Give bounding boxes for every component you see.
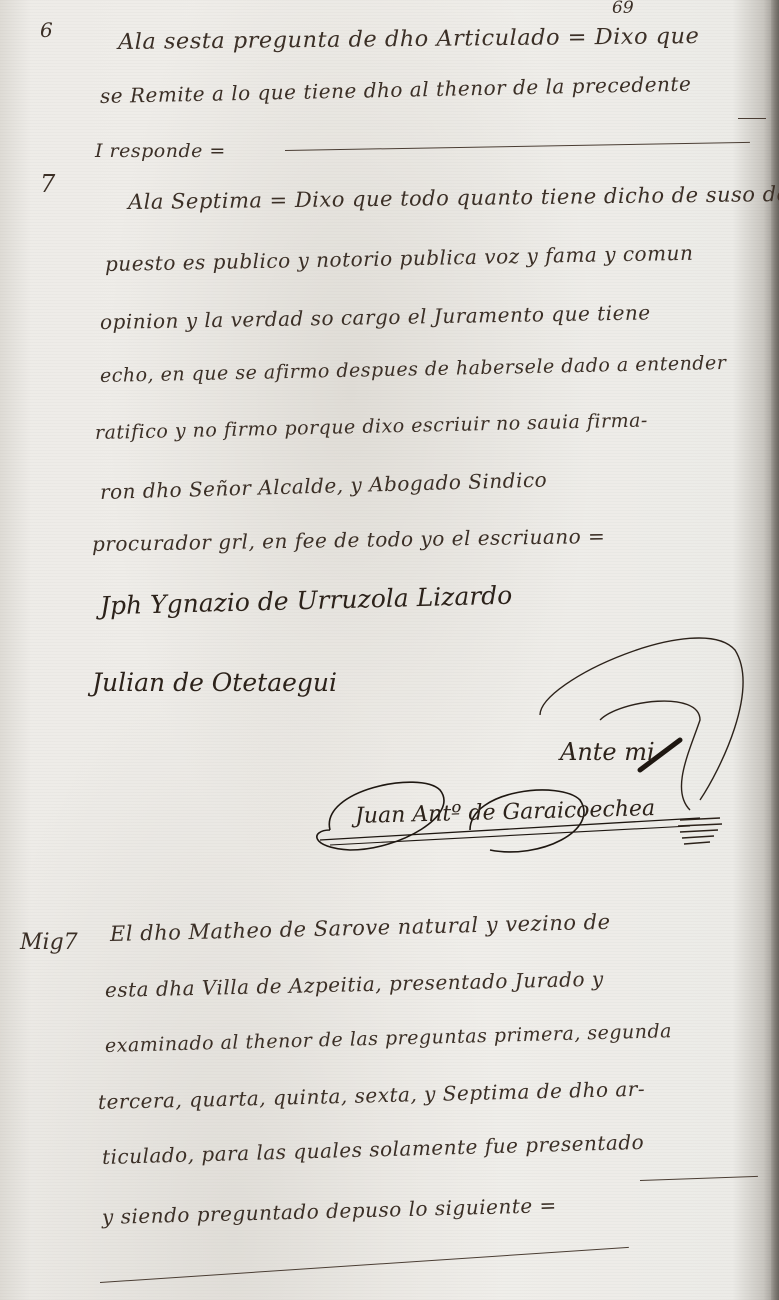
- closing-rule: [640, 1176, 758, 1181]
- bottom-rule: [100, 1247, 629, 1283]
- text-line: ticulado, para las quales solamente fue …: [102, 1130, 645, 1169]
- text-line: tercera, quarta, quinta, sexta, y Septim…: [98, 1077, 646, 1114]
- ante-mi-label: Ante mi: [560, 738, 655, 766]
- text-line: y siendo preguntado depuso lo siguiente …: [102, 1193, 557, 1229]
- text-line: El dho Matheo de Sarove natural y vezino…: [110, 910, 611, 946]
- notary-flourish: [0, 0, 779, 900]
- manuscript-page: 69 6 Ala sesta pregunta de dho Articulad…: [0, 0, 779, 1300]
- text-line: examinado al thenor de las preguntas pri…: [105, 1020, 673, 1057]
- text-line: esta dha Villa de Azpeitia, presentado J…: [105, 967, 604, 1002]
- margin-note-witness: Mig7: [20, 930, 78, 955]
